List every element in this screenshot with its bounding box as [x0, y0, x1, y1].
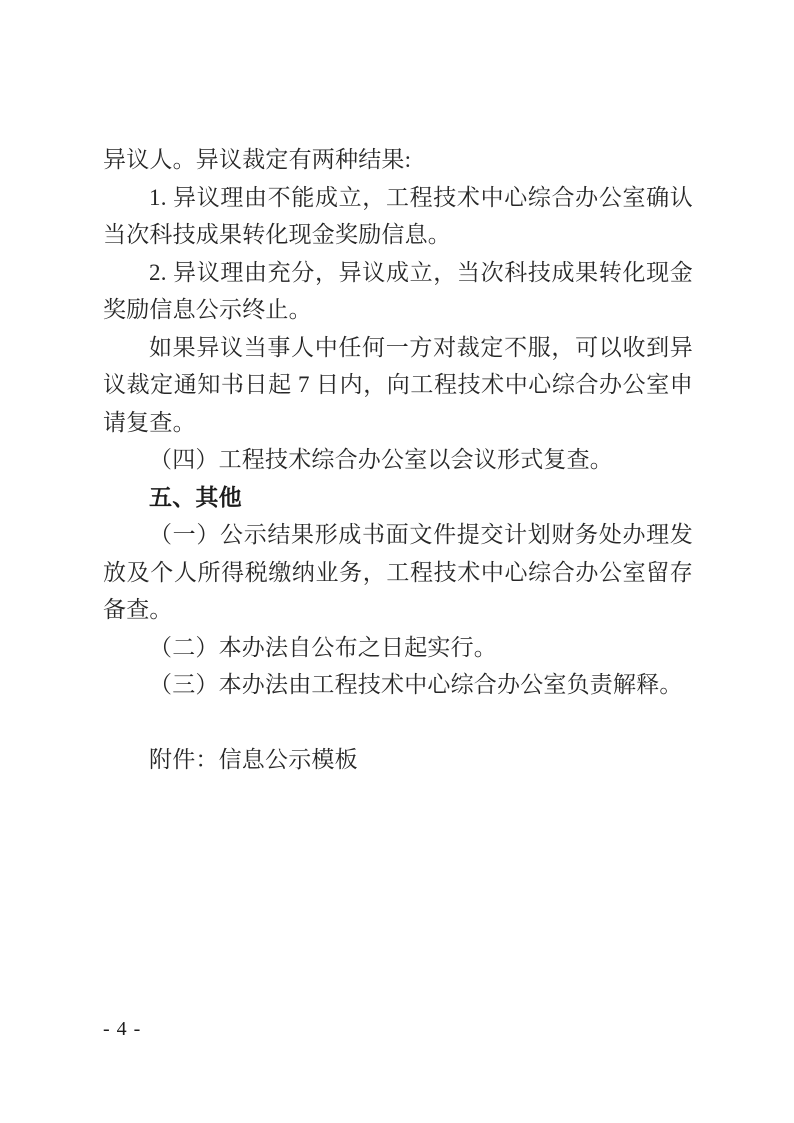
- paragraph-item-san: （三）本办法由工程技术中心综合办公室负责解释。: [103, 666, 693, 704]
- paragraph-appeal-review: 如果异议当事人中任何一方对裁定不服，可以收到异议裁定通知书日起 7 日内，向工程…: [103, 329, 693, 442]
- paragraph-item-2: 2. 异议理由充分，异议成立，当次科技成果转化现金奖励信息公示终止。: [103, 254, 693, 329]
- page-number: - 4 -: [103, 1017, 141, 1041]
- section-heading-others: 五、其他: [103, 479, 693, 517]
- document-page: 异议人。异议裁定有两种结果: 1. 异议理由不能成立，工程技术中心综合办公室确认…: [0, 0, 794, 1123]
- attachment-note: 附件：信息公示模板: [103, 741, 693, 779]
- paragraph-item-si: （四）工程技术综合办公室以会议形式复查。: [103, 441, 693, 479]
- paragraph-item-1: 1. 异议理由不能成立，工程技术中心综合办公室确认当次科技成果转化现金奖励信息。: [103, 179, 693, 254]
- document-body: 异议人。异议裁定有两种结果: 1. 异议理由不能成立，工程技术中心综合办公室确认…: [103, 141, 693, 779]
- paragraph-item-yi: （一）公示结果形成书面文件提交计划财务处办理发放及个人所得税缴纳业务，工程技术中…: [103, 516, 693, 629]
- paragraph-continuation: 异议人。异议裁定有两种结果:: [103, 141, 693, 179]
- paragraph-item-er: （二）本办法自公布之日起实行。: [103, 629, 693, 667]
